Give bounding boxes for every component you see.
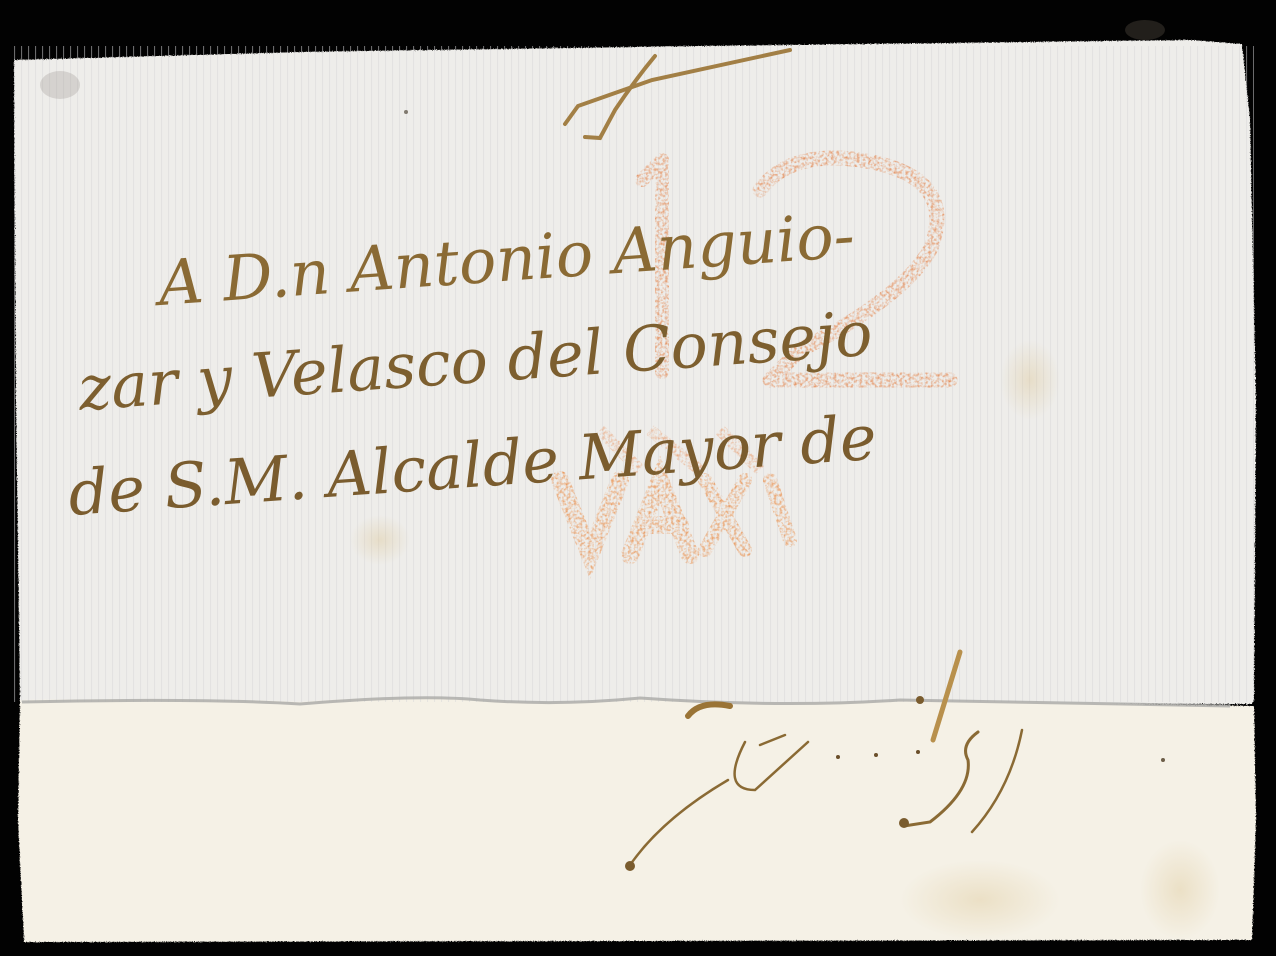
photo-backdrop: 12 A D.n Antonio Anguio- zar y Velasco d… <box>0 0 1276 956</box>
letter-cover: 12 A D.n Antonio Anguio- zar y Velasco d… <box>0 0 1276 956</box>
porte-note: p.o .. 51 <box>640 799 644 801</box>
